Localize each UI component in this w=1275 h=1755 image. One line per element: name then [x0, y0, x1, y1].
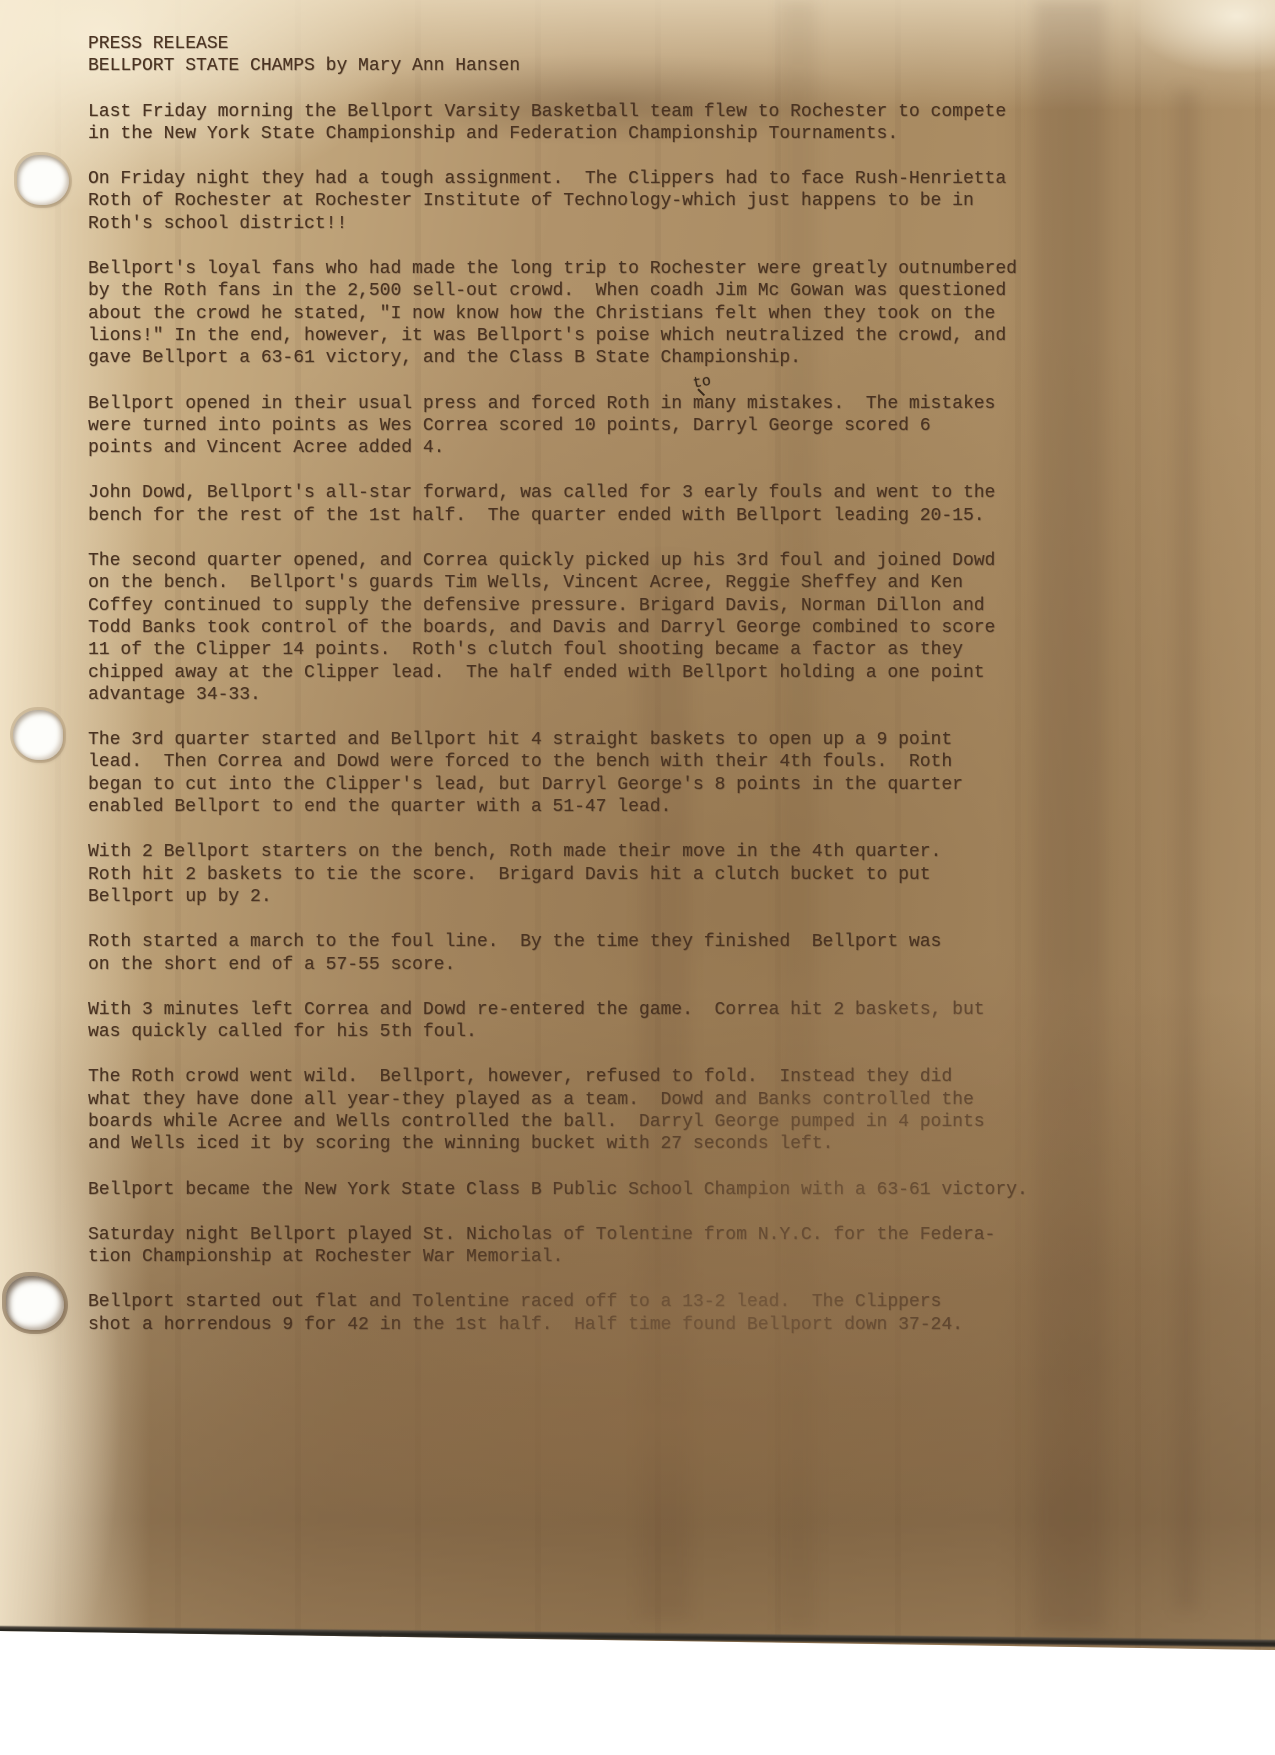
- paragraph: With 2 Bellport starters on the bench, R…: [88, 841, 1208, 908]
- page-title: PRESS RELEASE: [88, 33, 1208, 55]
- paragraph: On Friday night they had a tough assignm…: [88, 168, 1208, 235]
- paragraph: The second quarter opened, and Correa qu…: [88, 550, 1208, 706]
- paragraph: John Dowd, Bellport's all-star forward, …: [88, 482, 1208, 527]
- typed-text-block: PRESS RELEASE BELLPORT STATE CHAMPS by M…: [88, 33, 1208, 1359]
- handwritten-insertion: to: [692, 373, 713, 393]
- paragraph: Last Friday morning the Bellport Varsity…: [88, 101, 1208, 146]
- paragraph: Bellport opened in their usual press and…: [88, 393, 1208, 460]
- paragraph: Roth started a march to the foul line. B…: [88, 931, 1208, 976]
- paragraph: Bellport started out flat and Tolentine …: [88, 1291, 1208, 1336]
- punch-hole-bottom: [6, 1276, 64, 1330]
- document-header: PRESS RELEASE BELLPORT STATE CHAMPS by M…: [88, 33, 1208, 78]
- paragraph: Bellport became the New York State Class…: [88, 1179, 1208, 1201]
- byline: BELLPORT STATE CHAMPS by Mary Ann Hansen: [88, 55, 1208, 77]
- paragraph: With 3 minutes left Correa and Dowd re-e…: [88, 999, 1208, 1044]
- punch-hole-top: [17, 155, 69, 205]
- paragraph: The 3rd quarter started and Bellport hit…: [88, 729, 1208, 818]
- punch-hole-middle: [13, 710, 63, 760]
- paragraph: The Roth crowd went wild. Bellport, howe…: [88, 1066, 1208, 1155]
- scanned-press-release-page: PRESS RELEASE BELLPORT STATE CHAMPS by M…: [0, 0, 1275, 1652]
- scanner-background: { "document": { "title_line": "PRESS REL…: [0, 0, 1275, 1755]
- paragraph: Bellport's loyal fans who had made the l…: [88, 258, 1208, 369]
- paragraph: Saturday night Bellport played St. Nicho…: [88, 1224, 1208, 1269]
